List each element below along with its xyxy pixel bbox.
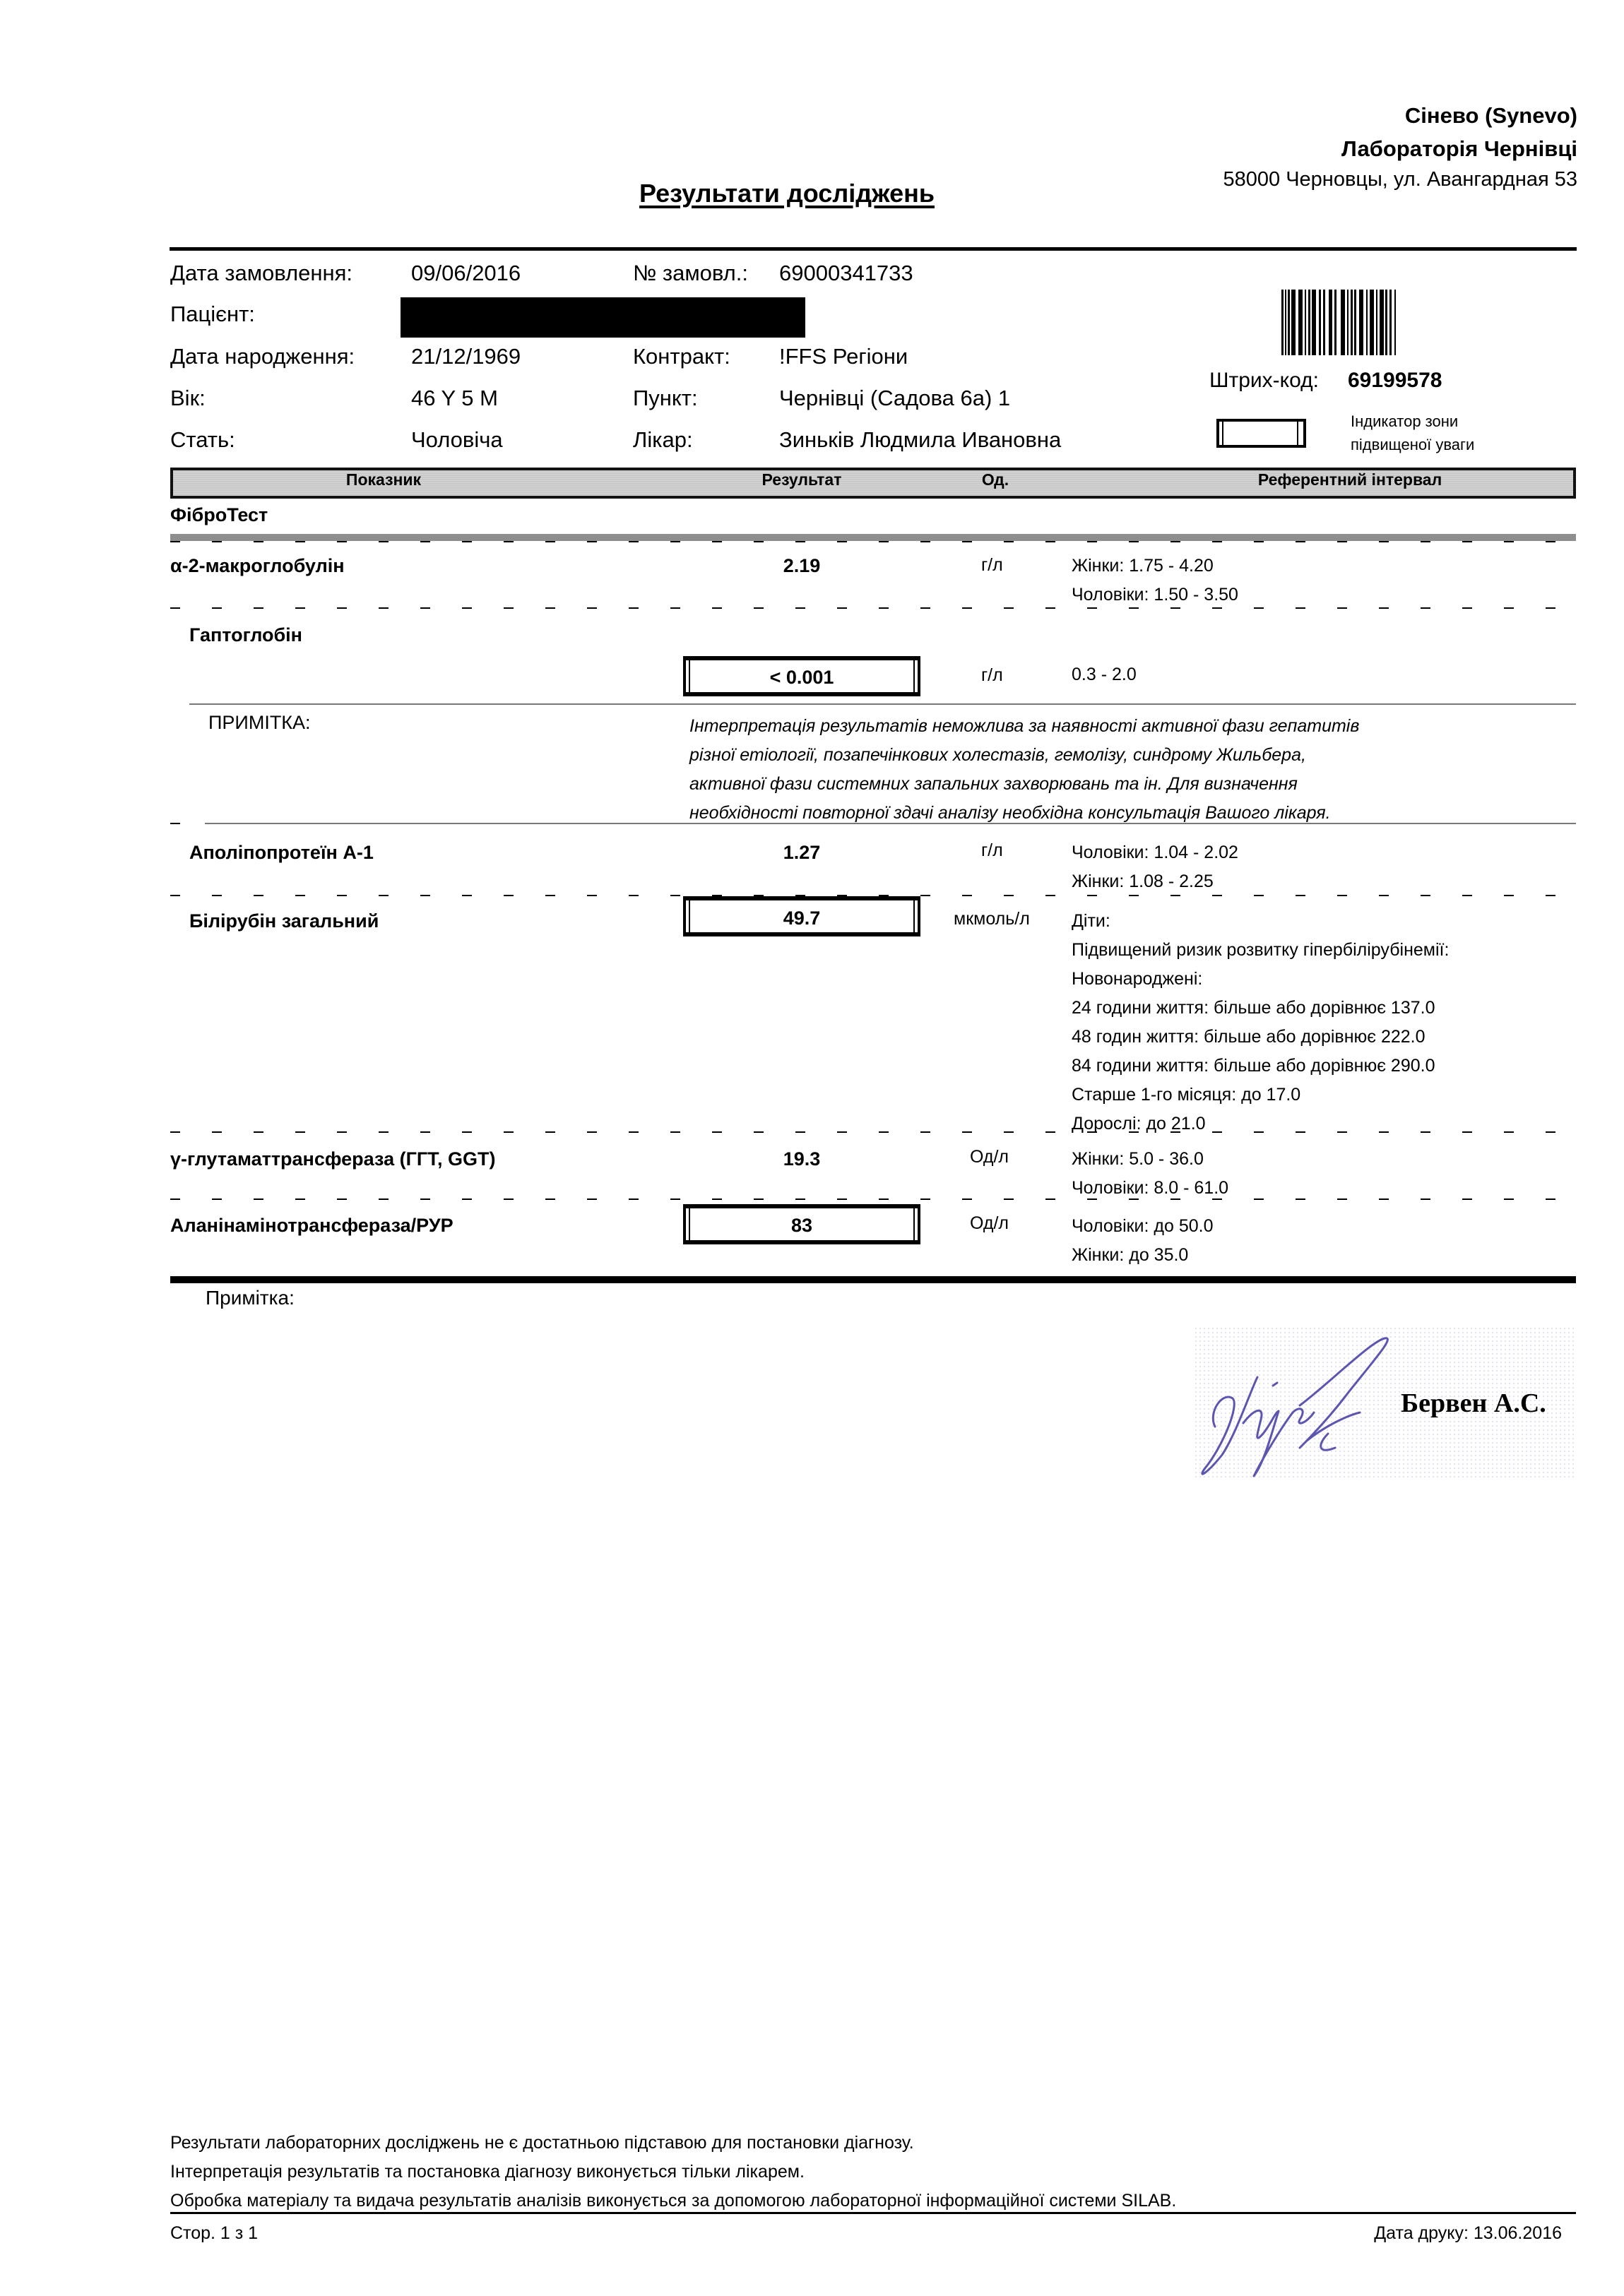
test-result: 83 <box>683 1215 920 1237</box>
reference-interval: Чоловіки: 1.04 - 2.02 Жінки: 1.08 - 2.25 <box>1072 838 1238 896</box>
birth-date: 21/12/1969 <box>411 344 521 369</box>
note-label: ПРИМІТКА: <box>208 712 311 734</box>
reference-interval: Діти: Підвищений ризик розвитку гіпербіл… <box>1072 907 1449 1138</box>
row-divider <box>170 1198 1576 1200</box>
patient-name-redacted <box>401 297 805 338</box>
test-unit: г/л <box>981 665 1003 686</box>
disclaimer-line: Результати лабораторних досліджень не є … <box>170 2133 914 2153</box>
group-divider <box>170 534 1576 541</box>
order-number-label: № замовл.: <box>633 261 748 286</box>
test-result: 19.3 <box>683 1148 920 1170</box>
note-line: Інтерпретація результатів неможлива за н… <box>689 712 1359 741</box>
attention-indicator-legend: Індикатор зони підвищеної уваги <box>1351 410 1474 456</box>
attention-indicator-icon <box>1216 419 1306 448</box>
test-result: 49.7 <box>683 908 920 929</box>
test-unit: Од/л <box>970 1213 1009 1234</box>
disclaimer-line: Інтерпретація результатів та постановка … <box>170 2162 805 2182</box>
column-header-reference: Референтний інтервал <box>1258 470 1442 489</box>
reference-interval: 0.3 - 2.0 <box>1072 660 1137 689</box>
reference-line: 48 годин життя: більше або дорівнює 222.… <box>1072 1023 1449 1052</box>
row-divider <box>170 541 1576 542</box>
reference-line: Жінки: 5.0 - 36.0 <box>1072 1145 1228 1174</box>
test-result: < 0.001 <box>683 667 920 689</box>
test-unit: мкмоль/л <box>954 909 1030 929</box>
reference-line: Дорослі: до 21.0 <box>1072 1110 1449 1138</box>
lab-name: Сінево (Synevo) <box>1405 103 1577 129</box>
column-header-result: Результат <box>762 470 842 489</box>
test-name: Гаптоглобін <box>189 624 302 646</box>
note-line: активної фази системних запальних захвор… <box>689 770 1359 799</box>
reference-line: Чоловіки: 1.04 - 2.02 <box>1072 838 1238 867</box>
signer-name: Бервен А.С. <box>1401 1388 1546 1419</box>
reference-line: 0.3 - 2.0 <box>1072 660 1137 689</box>
test-result: 1.27 <box>683 842 920 864</box>
row-divider-tick <box>170 823 180 824</box>
lab-address: 58000 Черновцы, ул. Авангардная 53 <box>1223 168 1577 191</box>
sex-label: Стать: <box>170 427 235 453</box>
indicator-line-2: підвищеної уваги <box>1351 433 1474 456</box>
test-result: 2.19 <box>683 555 920 577</box>
page-title: Результати досліджень <box>639 179 935 208</box>
order-date: 09/06/2016 <box>411 261 521 286</box>
doctor-label: Лікар: <box>633 427 693 453</box>
test-name: Білірубін загальний <box>189 910 379 932</box>
test-unit: г/л <box>981 555 1003 576</box>
table-end-divider <box>170 1276 1576 1283</box>
reference-line: Жінки: до 35.0 <box>1072 1241 1214 1270</box>
test-unit: Од/л <box>970 1147 1009 1167</box>
note-divider <box>189 703 1576 705</box>
barcode-value: 69199578 <box>1348 369 1442 393</box>
barcode-icon <box>1281 290 1458 355</box>
reference-line: 24 години життя: більше або дорівнює 137… <box>1072 994 1449 1023</box>
footer-note-label: Примітка: <box>206 1287 295 1309</box>
reference-interval: Жінки: 5.0 - 36.0 Чоловіки: 8.0 - 61.0 <box>1072 1145 1228 1203</box>
header-divider <box>170 247 1577 251</box>
reference-interval: Чоловіки: до 50.0 Жінки: до 35.0 <box>1072 1212 1214 1270</box>
age-label: Вік: <box>170 386 206 411</box>
row-divider <box>170 1131 1576 1133</box>
reference-line: Новонароджені: <box>1072 965 1449 994</box>
reference-line: Чоловіки: 1.50 - 3.50 <box>1072 581 1238 609</box>
doctor: Зиньків Людмила Ивановна <box>779 427 1061 453</box>
note-line: різної етіології, позапечінкових холеста… <box>689 741 1359 770</box>
test-name: Аполіпопротеїн А-1 <box>189 842 374 864</box>
reference-line: Діти: <box>1072 907 1449 936</box>
birth-date-label: Дата народження: <box>170 344 355 369</box>
reference-interval: Жінки: 1.75 - 4.20 Чоловіки: 1.50 - 3.50 <box>1072 552 1238 609</box>
disclaimer-line: Обробка матеріалу та видача результатів … <box>170 2191 1176 2211</box>
test-name: α-2-макроглобулін <box>170 555 345 577</box>
age: 46 Y 5 M <box>411 386 498 411</box>
order-date-label: Дата замовлення: <box>170 261 352 286</box>
barcode-label: Штрих-код: <box>1209 369 1319 393</box>
reference-line: Підвищений ризик розвитку гіпербілірубін… <box>1072 936 1449 965</box>
row-divider <box>205 823 1576 824</box>
lab-city: Лабораторія Чернівці <box>1341 136 1577 162</box>
reference-line: 84 години життя: більше або дорівнює 290… <box>1072 1052 1449 1081</box>
reference-line: Старше 1-го місяця: до 17.0 <box>1072 1081 1449 1110</box>
contract: !FFS Регіони <box>779 344 908 369</box>
indicator-line-1: Індикатор зони <box>1351 410 1474 433</box>
print-date: Дата друку: 13.06.2016 <box>1374 2223 1562 2244</box>
order-number: 69000341733 <box>779 261 913 286</box>
test-name: Аланінамінотрансфераза/РУР <box>170 1215 454 1237</box>
test-unit: г/л <box>981 840 1003 861</box>
reference-line: Чоловіки: до 50.0 <box>1072 1212 1214 1241</box>
reference-line: Жінки: 1.75 - 4.20 <box>1072 552 1238 581</box>
page-number: Стор. 1 з 1 <box>170 2223 258 2244</box>
sex: Чоловіча <box>411 427 503 453</box>
test-group-title: ФіброТест <box>170 504 268 526</box>
footer-divider <box>170 2212 1576 2214</box>
test-name: γ-глутаматтрансфераза (ГГТ, GGT) <box>170 1148 495 1170</box>
patient-label: Пацієнт: <box>170 302 255 327</box>
row-divider <box>170 607 1576 609</box>
point-label: Пункт: <box>633 386 698 411</box>
collection-point: Чернівці (Садова 6а) 1 <box>779 386 1010 411</box>
column-header-indicator: Показник <box>346 470 421 489</box>
signature-icon <box>1194 1328 1420 1480</box>
note-text: Інтерпретація результатів неможлива за н… <box>689 712 1359 828</box>
contract-label: Контракт: <box>633 344 730 369</box>
reference-line: Жінки: 1.08 - 2.25 <box>1072 867 1238 896</box>
column-header-unit: Од. <box>982 470 1009 489</box>
